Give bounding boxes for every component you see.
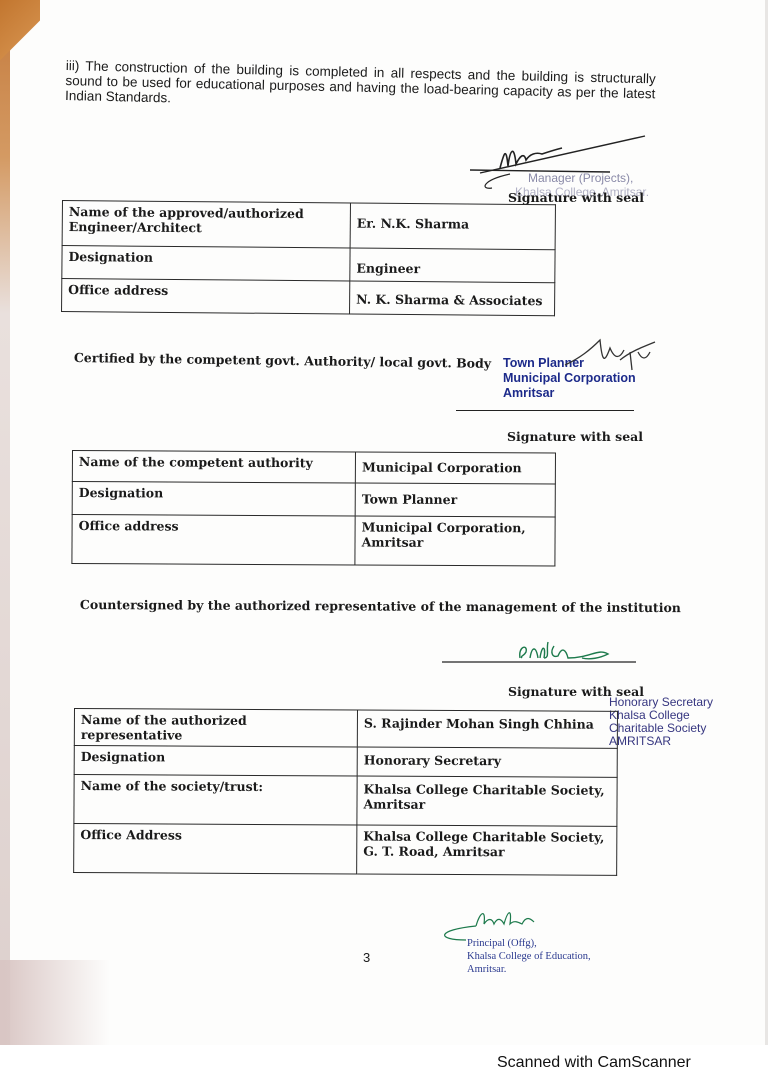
table-label: Office Address — [74, 824, 357, 874]
management-heading: Countersigned by the authorized represen… — [80, 597, 681, 615]
table-label: Name of the authorized representative — [74, 709, 357, 747]
table-value: Khalsa College Charitable Society, G. T.… — [357, 825, 617, 875]
authority-table: Name of the competent authority Municipa… — [71, 450, 556, 567]
camscanner-watermark: Scanned with CamScanner — [497, 1054, 691, 1072]
engineer-signature-label: Signature with seal — [508, 190, 644, 205]
table-row: Designation Town Planner — [72, 482, 555, 518]
management-stamp-line-4: AMRITSAR — [609, 735, 713, 748]
table-label: Name of the competent authority — [72, 451, 355, 483]
authority-stamp-line-3: Amritsar — [503, 386, 636, 401]
table-value: Town Planner — [355, 483, 555, 517]
table-value: S. Rajinder Mohan Singh Chhina — [357, 710, 617, 748]
page-corner-background — [0, 0, 40, 60]
scanned-page: iii) The construction of the building is… — [0, 0, 768, 1045]
management-stamp: Honorary Secretary Khalsa College Charit… — [609, 696, 713, 748]
page-number: 3 — [363, 950, 370, 965]
table-value: Engineer — [350, 248, 555, 283]
management-signature — [440, 638, 640, 668]
certificate-paragraph: iii) The construction of the building is… — [65, 58, 656, 116]
table-value: N. K. Sharma & Associates — [350, 281, 555, 316]
page-edge-shadow — [0, 0, 10, 1045]
table-label: Office address — [72, 515, 355, 565]
table-label: Designation — [74, 746, 357, 776]
table-value: Municipal Corporation — [355, 452, 555, 484]
table-row: Name of the society/trust: Khalsa Colleg… — [74, 775, 617, 827]
authority-signature-line — [456, 410, 634, 411]
table-label: Office address — [62, 279, 350, 315]
table-row: Designation Honorary Secretary — [74, 746, 617, 778]
engineer-stamp-line-1: Manager (Projects), — [528, 172, 633, 185]
table-value: Honorary Secretary — [357, 747, 617, 777]
table-label: Designation — [62, 246, 350, 282]
table-value: Er. N.K. Sharma — [350, 203, 555, 250]
table-value: Khalsa College Charitable Society, Amrit… — [357, 776, 617, 826]
table-row: Office address Municipal Corporation, Am… — [72, 515, 555, 567]
table-row: Designation Engineer — [62, 246, 555, 283]
table-value: Municipal Corporation, Amritsar — [355, 516, 555, 566]
principal-stamp-line-3: Amritsar. — [467, 963, 591, 976]
principal-stamp-line-2: Khalsa College of Education, — [467, 950, 591, 963]
table-row: Name of the authorized representative S.… — [74, 709, 617, 749]
table-label: Name of the society/trust: — [74, 775, 357, 825]
principal-stamp: Principal (Offg), Khalsa College of Educ… — [467, 937, 591, 976]
table-label: Designation — [72, 482, 355, 516]
page-shadow — [0, 960, 110, 1045]
table-row: Office address N. K. Sharma & Associates — [62, 279, 555, 316]
engineer-table: Name of the approved/authorized Engineer… — [61, 200, 556, 316]
authority-heading: Certified by the competent govt. Authori… — [74, 350, 491, 371]
table-row: Name of the competent authority Municipa… — [72, 451, 555, 485]
authority-signature-label: Signature with seal — [507, 429, 643, 444]
table-row: Name of the approved/authorized Engineer… — [62, 201, 555, 250]
management-table: Name of the authorized representative S.… — [73, 708, 618, 876]
table-label: Name of the approved/authorized Engineer… — [62, 201, 350, 249]
table-row: Office Address Khalsa College Charitable… — [74, 824, 617, 876]
principal-stamp-line-1: Principal (Offg), — [467, 937, 591, 950]
authority-signature — [560, 330, 670, 380]
